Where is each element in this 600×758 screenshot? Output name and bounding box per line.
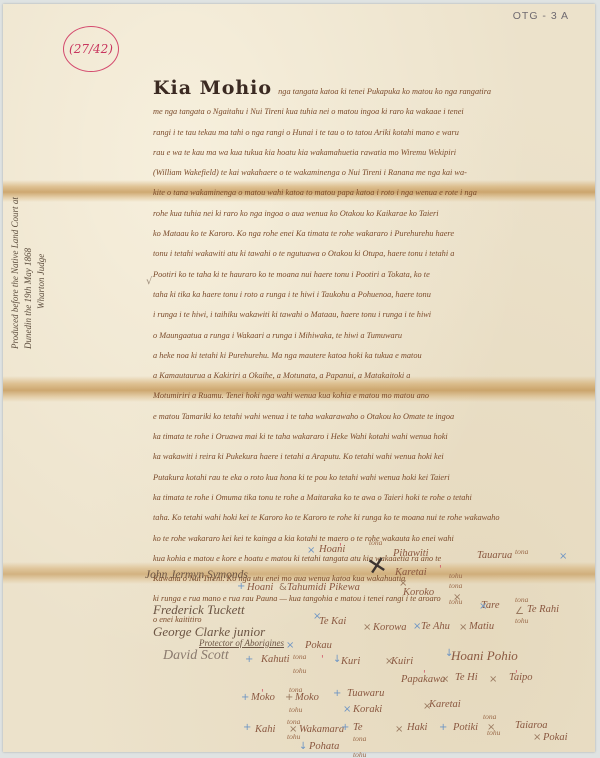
attestation-label: tona: [293, 652, 306, 661]
body-line: taha ki tika ka haere tonu i roto a rung…: [153, 285, 589, 305]
body-line: rohe kua tuhia nei ki raro ko nga ingoa …: [153, 204, 589, 224]
signatory-name: Te Rahi: [527, 604, 559, 615]
body-line: rau e wa te kau ma wa kua tukua kia hoat…: [153, 143, 589, 163]
body-line: a heke noa ki tetahi ki Purehurehu. Ma n…: [153, 346, 589, 366]
signatory-name: Te Ahu: [421, 621, 450, 632]
cross-mark: ×: [385, 656, 393, 667]
signatory-name: Karetai: [395, 567, 427, 578]
cross-mark: +: [439, 722, 447, 733]
body-line: tonu i tetahi wakawiti atu ki tawahi o t…: [153, 244, 589, 264]
cross-mark: +: [243, 722, 251, 733]
signatory-name: Koraki: [353, 704, 382, 715]
attestation-label: tohu: [289, 705, 302, 714]
body-line: nga tangata katoa ki tenei Pukapuka ko m…: [278, 87, 491, 96]
tick-mark-red: ': [439, 564, 442, 575]
cross-mark: +: [241, 692, 249, 703]
body-line: me nga tangata o Ngaitahu i Nui Tireni k…: [153, 102, 589, 122]
cross-mark: ×: [489, 674, 497, 685]
cross-mark: ×: [423, 701, 431, 712]
signatory-name: Matiu: [469, 621, 494, 632]
witness-signature: John Jermyn Symonds: [145, 569, 248, 581]
cross-mark: ×: [533, 732, 541, 743]
body-line: taha. Ko tetahi wahi hoki kei te Karoro …: [153, 508, 589, 528]
cross-mark: +: [237, 581, 245, 592]
signatory-name: Tauarua: [477, 550, 512, 561]
cross-mark: ×: [289, 724, 297, 735]
body-line: Motumiriri a Ruamu. Tenei hoki nga wahi …: [153, 386, 589, 406]
signatory-name: Kuiri: [391, 656, 413, 667]
signatory-name: Korowa: [373, 622, 406, 633]
tick-mark-red: ': [321, 654, 324, 665]
signatory-name: Tuawaru: [347, 688, 384, 699]
cross-mark: ×: [453, 592, 461, 603]
tick-mark-red: ': [261, 688, 264, 699]
signatory-name: Haki: [407, 722, 427, 733]
deed-heading: Kia Mohio: [153, 78, 272, 99]
body-line: Putakura kotahi rau te eka o roto kua ho…: [153, 468, 589, 488]
signatory-name: Te: [353, 722, 363, 733]
signatory-name: Te Hi: [455, 672, 478, 683]
cross-mark: ×: [459, 622, 467, 633]
attestation-label: tona: [369, 538, 382, 547]
cross-mark: ×: [399, 578, 407, 589]
body-line: kite o tana wakaminenga o matou wahi kat…: [153, 183, 589, 203]
body-line: ka timata te rohe i Oruawa mai ki te tah…: [153, 427, 589, 447]
red-reference-number: (27/42): [63, 26, 119, 72]
cross-mark: +: [245, 654, 253, 665]
body-line: Pootiri ko te taha ki te hauraro ko te m…: [153, 265, 589, 285]
margin-annotation: Produced before the Native Land Court at…: [9, 197, 48, 349]
signatory-name: Pohata: [309, 741, 339, 752]
margin-tick-mark: √: [146, 276, 152, 287]
cross-mark: +: [285, 692, 293, 703]
tick-mark-red: ': [423, 669, 426, 680]
margin-annotation-line: Produced before the Native Land Court at: [9, 197, 22, 349]
witness-signature: Frederick Tuckett: [153, 602, 245, 618]
witness-signature: David Scott: [163, 648, 229, 664]
signatory-name: Pokau: [305, 640, 332, 651]
cross-mark: ×: [286, 640, 294, 651]
signatory-name: Potiki: [453, 722, 478, 733]
signatory-name: Kahi: [255, 724, 275, 735]
tick-mark-red: ': [515, 669, 518, 680]
attestation-label: tona: [353, 734, 366, 743]
attestation-label: tohu: [449, 571, 462, 580]
body-line: rangi i te tau tekau ma tahi o nga rangi…: [153, 123, 589, 143]
cross-mark: ×: [343, 704, 351, 715]
attestation-label: tohu: [353, 750, 366, 758]
body-line-first: Kia Mohio nga tangata katoa ki tenei Puk…: [153, 78, 589, 102]
cross-mark: ↓: [299, 741, 307, 752]
signatory-name: Karetai: [429, 699, 461, 710]
witness-signature: Protector of Aborigines: [199, 638, 284, 648]
body-line: o Maungaatua a runga i Wakaari a runga i…: [153, 326, 589, 346]
body-line: (William Wakefield) te kai wakahaere o t…: [153, 163, 589, 183]
signatory-name: Pihawiti: [393, 548, 429, 559]
body-line: ka wakawiti i reira ki Pukekura haere i …: [153, 447, 589, 467]
cross-mark: ×: [441, 674, 449, 685]
red-reference-text: (27/42): [69, 42, 113, 56]
attestation-label: tona: [515, 595, 528, 604]
cross-mark: ×: [487, 722, 495, 733]
signatory-name: Taipo: [509, 672, 533, 683]
cross-mark: ↓: [445, 648, 453, 659]
cross-mark: &: [279, 582, 287, 593]
signatory-name: Te Kai: [319, 616, 346, 627]
signatory-name: Wakamara: [299, 724, 344, 735]
signatory-name: Hoani Pohio: [451, 648, 518, 664]
signatory-name: Pokai: [543, 732, 568, 743]
margin-annotation-line: Dunedin the 19th May 1868: [22, 197, 35, 349]
signatory-name: Hoani: [247, 582, 273, 593]
cross-mark: ∠: [515, 606, 524, 617]
body-line: ka timata te rohe i Omuma tika tonu te r…: [153, 488, 589, 508]
cross-mark: ×: [363, 622, 371, 633]
cross-mark: ×: [313, 611, 321, 622]
cross-mark: +: [333, 688, 341, 699]
cross-mark: ×: [559, 551, 567, 562]
body-line: e matou Tamariki ko tetahi wahi wenua i …: [153, 407, 589, 427]
body-line: ko Mataau ko te Karoro. Ko nga rohe enei…: [153, 224, 589, 244]
document-page: (27/42) OTG - 3 A Produced before the Na…: [3, 4, 595, 752]
signatory-name: Koroko: [403, 587, 434, 598]
cross-mark: ×: [479, 601, 487, 612]
cross-mark: ↓: [333, 654, 341, 665]
body-line: i runga i te hiwi, i taihiku wakawiti ki…: [153, 305, 589, 325]
signatory-name: Taiaroa: [515, 720, 548, 731]
cross-mark: ×: [395, 724, 403, 735]
cross-mark: +: [341, 722, 349, 733]
signatory-name: Kuri: [341, 656, 360, 667]
archive-reference: OTG - 3 A: [513, 10, 569, 22]
attestation-label: tohu: [515, 616, 528, 625]
margin-annotation-line: Wharton Judge: [35, 197, 48, 349]
attestation-label: tona: [483, 712, 496, 721]
attestation-label: tohu: [293, 666, 306, 675]
tick-mark-red: ': [339, 542, 342, 553]
signatory-name: Tahumidi Pikewa: [287, 582, 360, 593]
signatory-name: Kahuti: [261, 654, 290, 665]
cross-mark: ×: [413, 621, 421, 632]
attestation-label: tona: [515, 547, 528, 556]
cross-mark: ×: [307, 545, 315, 556]
body-line: a Kamautaurua a Kakiriri a Okaihe, a Mot…: [153, 366, 589, 386]
attestation-label: tona: [449, 581, 462, 590]
